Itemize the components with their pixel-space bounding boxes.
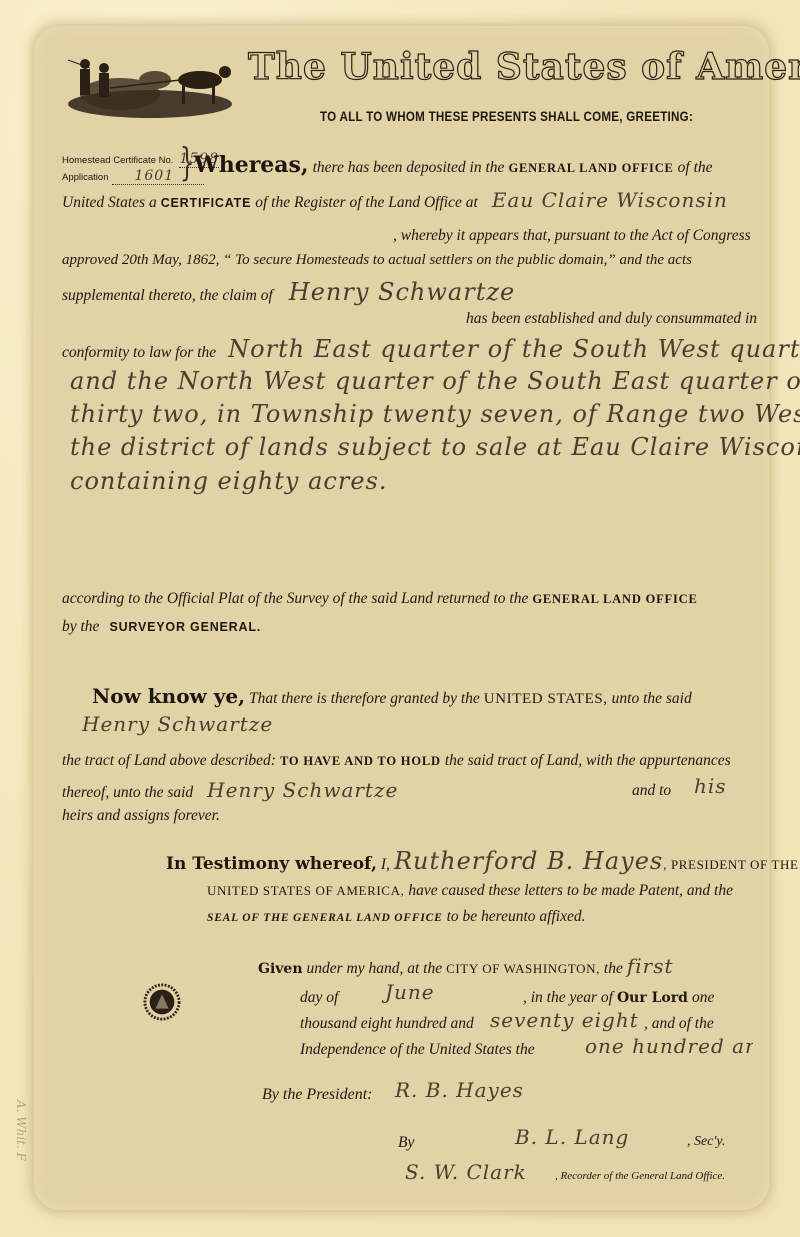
testimony-line-3: SEAL OF THE GENERAL LAND OFFICE to be he… <box>207 908 585 926</box>
president-name: Rutherford B. Hayes <box>394 847 663 875</box>
text: SURVEYOR GENERAL. <box>109 620 261 634</box>
body-line-5: supplemental thereto, the claim of Henry… <box>62 278 515 306</box>
day-of-text: day of <box>300 989 338 1007</box>
land-description-line: containing eighty acres. <box>70 467 387 495</box>
land-description-line: and the North West quarter of the South … <box>70 367 800 395</box>
now-know-ye-heading: Now know ye, <box>92 684 245 708</box>
and-to-text: and to <box>632 782 671 800</box>
text: GENERAL LAND OFFICE <box>532 592 697 606</box>
independence-year-value: one hundred and sec <box>585 1034 753 1058</box>
document-title: The United States of America, <box>248 46 800 88</box>
whereas-heading: Whereas, <box>194 152 309 178</box>
land-description-line: the district of lands subject to sale at… <box>70 433 800 461</box>
text: under my hand, at the <box>307 960 443 977</box>
text: of the Register of the Land Office at <box>255 194 478 211</box>
grantee-name-2: Henry Schwartze <box>207 778 398 802</box>
text: unto the said <box>612 690 692 707</box>
application-label: Application <box>62 172 108 183</box>
grant-line-1: Now know ye, That there is therefore gra… <box>92 684 692 708</box>
text: by the <box>62 618 99 635</box>
text: to be hereunto affixed. <box>447 908 586 925</box>
recorder-title: , Recorder of the General Land Office. <box>555 1170 725 1182</box>
text: TO HAVE AND TO HOLD <box>280 754 441 768</box>
body-line-8: according to the Official Plat of the Su… <box>62 590 698 608</box>
text: Our Lord <box>617 990 688 1006</box>
whereas-line: Whereas, there has been deposited in the… <box>194 152 713 178</box>
grant-line-3: thereof, unto the said Henry Schwartze <box>62 778 398 802</box>
grant-line-4: heirs and assigns forever. <box>62 807 220 825</box>
grantee-name: Henry Schwartze <box>82 712 273 736</box>
in-testimony-heading: In Testimony whereof, <box>166 854 377 874</box>
text: have caused these letters to be made Pat… <box>408 882 733 899</box>
text: United States a <box>62 194 157 211</box>
text: the said tract of Land, with the appurte… <box>445 752 731 769</box>
text: the <box>604 960 623 977</box>
testimony-line-2: UNITED STATES OF AMERICA, have caused th… <box>207 882 733 900</box>
given-heading: Given <box>258 961 303 977</box>
text: supplemental thereto, the claim of <box>62 287 273 304</box>
claimant-name: Henry Schwartze <box>289 278 515 306</box>
body-line-6: has been established and duly consummate… <box>466 310 757 328</box>
given-line-4: Independence of the United States the <box>300 1041 535 1059</box>
text: of the <box>678 159 713 176</box>
secretary-title: , Sec'y. <box>687 1134 725 1150</box>
body-line-3: , whereby it appears that, pursuant to t… <box>393 227 751 245</box>
body-line-9: by the SURVEYOR GENERAL. <box>62 618 261 636</box>
and-of-the-text: , and of the <box>644 1015 714 1033</box>
secretary-signature: B. L. Lang <box>515 1125 629 1149</box>
text: one <box>692 989 714 1006</box>
text: , PRESIDENT OF THE <box>663 857 798 872</box>
text: SEAL OF THE GENERAL LAND OFFICE <box>207 912 443 924</box>
given-line-3: thousand eight hundred and <box>300 1015 474 1033</box>
greeting: TO ALL TO WHOM THESE PRESENTS SHALL COME… <box>320 109 693 124</box>
farmers-plowing-illustration <box>60 50 240 122</box>
by-the-president-label: By the President: <box>262 1086 372 1104</box>
given-line-1: Given under my hand, at the CITY OF WASH… <box>258 954 674 978</box>
pronoun: his <box>694 774 727 798</box>
homestead-label: Homestead Certificate No. <box>62 155 173 166</box>
grant-line-2: the tract of Land above described: TO HA… <box>62 752 731 770</box>
text: CITY OF WASHINGTON, <box>446 961 600 976</box>
body-line-4: approved 20th May, 1862, “ To secure Hom… <box>62 252 692 269</box>
general-land-office-seal-icon <box>143 983 181 1021</box>
text: UNITED STATES, <box>484 691 608 707</box>
testimony-line-1: In Testimony whereof, I, Rutherford B. H… <box>166 847 799 875</box>
year-value: seventy eight <box>490 1008 639 1032</box>
text: there has been deposited in the <box>313 159 505 176</box>
land-description-line: thirty two, in Township twenty seven, of… <box>70 400 800 428</box>
text: the tract of Land above described: <box>62 752 276 769</box>
month-value: June <box>385 980 435 1004</box>
day-value: first <box>627 954 674 978</box>
text: GENERAL LAND OFFICE <box>508 161 673 175</box>
recorder-signature: S. W. Clark <box>405 1160 527 1184</box>
body-line-2: United States a CERTIFICATE of the Regis… <box>62 188 728 212</box>
by-label: By <box>398 1134 414 1152</box>
text: according to the Official Plat of the Su… <box>62 590 528 607</box>
land-office-location: Eau Claire Wisconsin <box>492 188 728 212</box>
text: thereof, unto the said <box>62 784 193 801</box>
brace: } <box>180 140 195 184</box>
president-signature: R. B. Hayes <box>395 1078 524 1102</box>
text: UNITED STATES OF AMERICA, <box>207 883 404 898</box>
text: , in the year of <box>523 989 613 1006</box>
text: That there is therefore granted by the <box>249 690 480 707</box>
body-line-7: conformity to law for the North East qua… <box>62 335 800 363</box>
margin-note: A. Whit. F <box>14 1100 28 1161</box>
text: conformity to law for the <box>62 344 216 361</box>
given-line-2: , in the year of Our Lord one <box>523 989 714 1007</box>
land-description-line: North East quarter of the South West qua… <box>228 335 800 363</box>
text: CERTIFICATE <box>161 196 252 210</box>
text: I, <box>381 856 390 873</box>
